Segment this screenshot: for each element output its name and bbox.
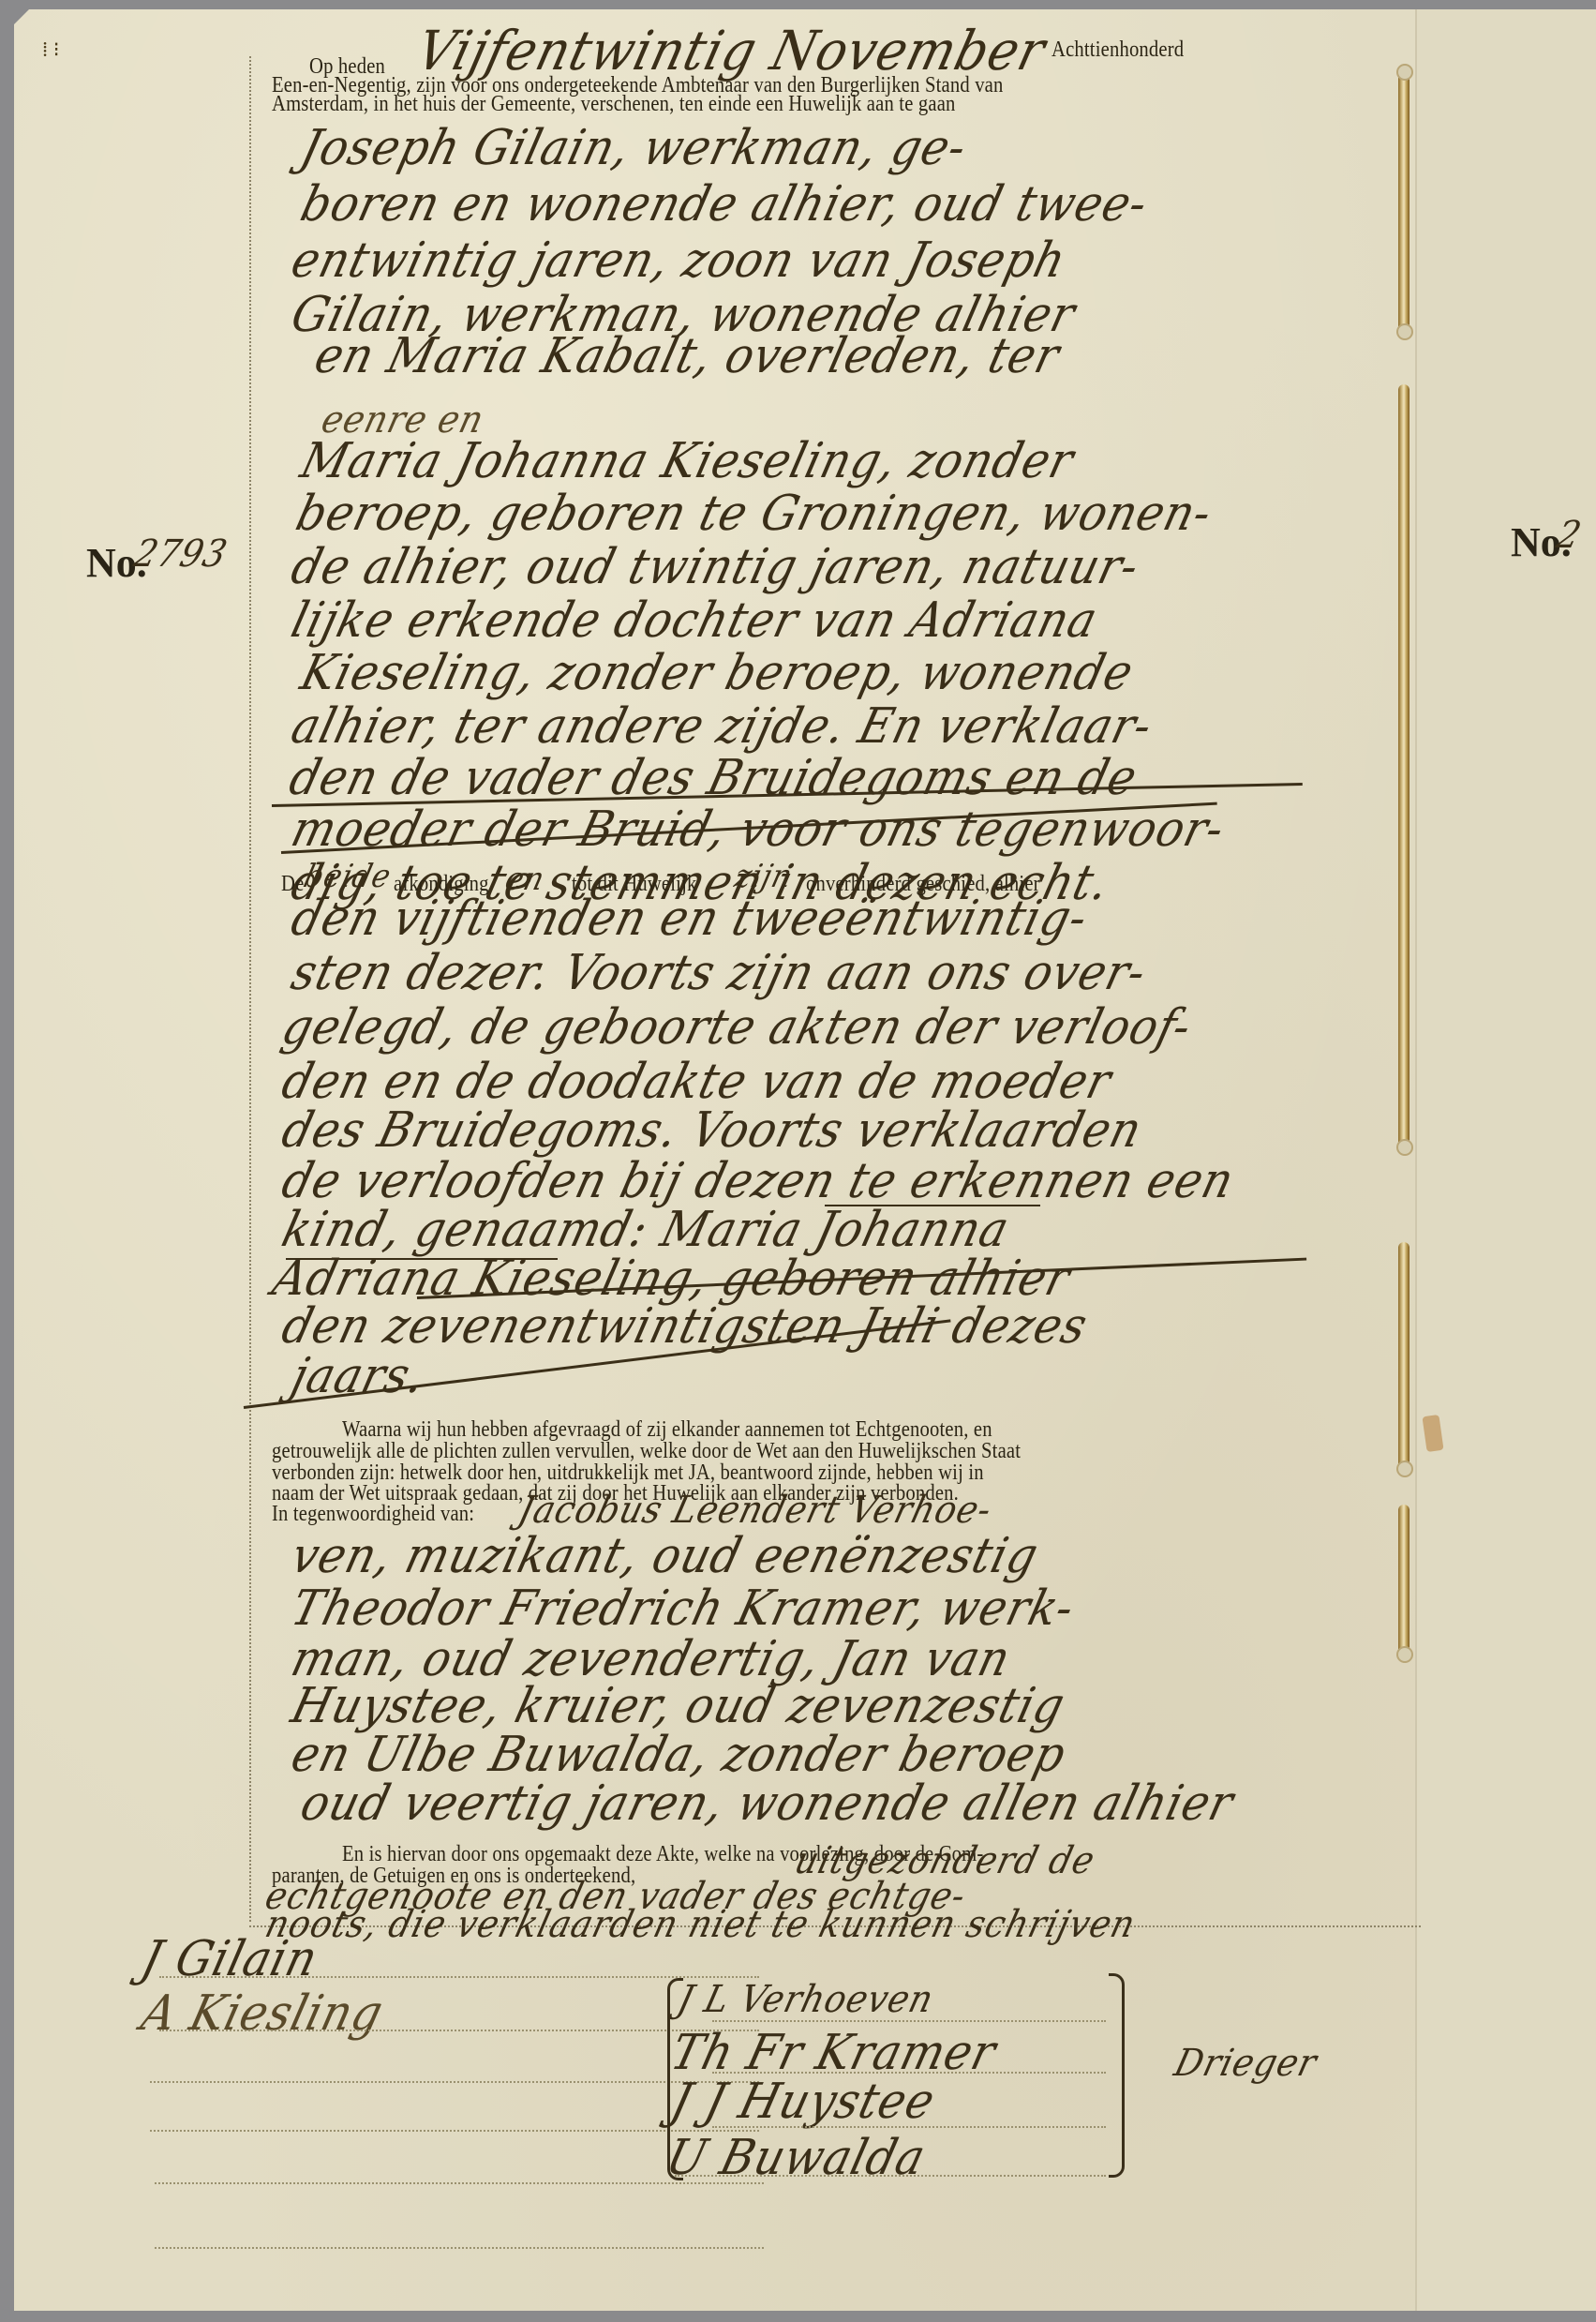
parties-line: Kieseling, zonder beroep, wonende — [295, 645, 1139, 701]
banns-line: den en de doodakte van de moeder — [276, 1054, 1117, 1110]
binding-hole — [1396, 64, 1413, 81]
printed-witnesses-label: In tegenwoordigheid van: — [272, 1502, 474, 1527]
signature-bride: A Kiesling — [136, 1985, 389, 2042]
witness-brace-right — [1109, 1973, 1125, 2178]
witness-line: ven, muzikant, oud eenënzestig — [286, 1528, 1044, 1584]
binding-hole — [1396, 1646, 1413, 1663]
parties-line: lijke erkende dochter van Adriana — [286, 592, 1103, 649]
banns-line: de verloofden bij dezen te erkennen een — [276, 1153, 1240, 1209]
signature-witness: J L Verhoeven — [674, 1978, 938, 2021]
margin-line — [249, 56, 251, 1922]
witness-line: Theodor Friedrich Kramer, werk- — [286, 1580, 1080, 1637]
signature-witness: U Buwalda — [661, 2130, 932, 2186]
signature-line — [712, 2126, 1106, 2128]
printed-year-prefix: Achttienhonderd — [1052, 37, 1184, 63]
witness-line: Jacobus Leendert Verhoe- — [515, 1489, 997, 1532]
ink-spots: ⁞ ⁝ — [42, 37, 60, 62]
banns-line: kind, genaamd: Maria Johanna — [276, 1202, 1015, 1258]
witness-line: en Ulbe Buwalda, zonder beroep — [286, 1727, 1071, 1783]
signature-groom: J Gilain — [136, 1931, 323, 1987]
banns-line: den zevenentwintigsten Juli dezes — [276, 1298, 1093, 1355]
parties-line: en Maria Kabalt, overleden, ter — [309, 328, 1066, 384]
page-corner — [14, 9, 29, 24]
banns-line: sten dezer. Voorts zijn aan ons over- — [286, 945, 1152, 1001]
signature-line — [159, 1976, 759, 1978]
binding-hole — [1396, 323, 1413, 340]
witness-line: oud veertig jaren, wonende allen alhier — [295, 1775, 1239, 1832]
name-underline — [825, 1205, 1040, 1206]
banns-verb: zijn — [731, 858, 797, 895]
signature-witness: J J Huystee — [665, 2074, 941, 2130]
parties-line: beroep, geboren te Groningen, wonen- — [291, 486, 1217, 542]
parties-line: entwintig jaren, zoon van Joseph — [286, 232, 1072, 289]
banns-line: jaars. — [286, 1348, 431, 1404]
name-underline — [286, 1258, 558, 1260]
banns-line: den vijftienden en tweeëntwintig- — [286, 891, 1094, 947]
adjacent-page — [1415, 9, 1596, 2311]
signature-registrar: Drieger — [1171, 2042, 1321, 2085]
closing-addition: noots, die verklaarden niet te kunnen sc… — [261, 1903, 1141, 1946]
banns-count: beide — [300, 858, 395, 895]
binding-thread — [1398, 384, 1410, 1153]
binding-thread — [1398, 73, 1410, 336]
parties-line: Maria Johanna Kieseling, zonder — [295, 433, 1080, 489]
binding-thread — [1398, 1242, 1410, 1472]
banns-line: gelegd, de geboorte akten der verloof- — [276, 999, 1197, 1056]
binding-hole — [1396, 1139, 1413, 1156]
printed-line-3: Amsterdam, in het huis der Gemeente, ver… — [272, 92, 956, 117]
signature-line — [712, 2020, 1106, 2022]
signature-line — [675, 2175, 1106, 2177]
banns-line: des Bruidegoms. Voorts verklaarden — [276, 1102, 1148, 1159]
registration-number: 2793 — [130, 532, 232, 576]
binding-thread — [1398, 1505, 1410, 1655]
signature-line — [155, 2247, 764, 2249]
witness-line: Huystee, kruier, oud zevenzestig — [286, 1678, 1070, 1734]
parties-line: boren en wonende alhier, oud twee- — [295, 176, 1154, 232]
binding-hole — [1396, 1461, 1413, 1477]
parties-line: de alhier, oud twintig jaren, natuur- — [286, 539, 1144, 595]
parties-line: Joseph Gilain, werkman, ge- — [295, 120, 972, 176]
parties-line: alhier, ter andere zijde. En verklaar- — [286, 698, 1158, 755]
